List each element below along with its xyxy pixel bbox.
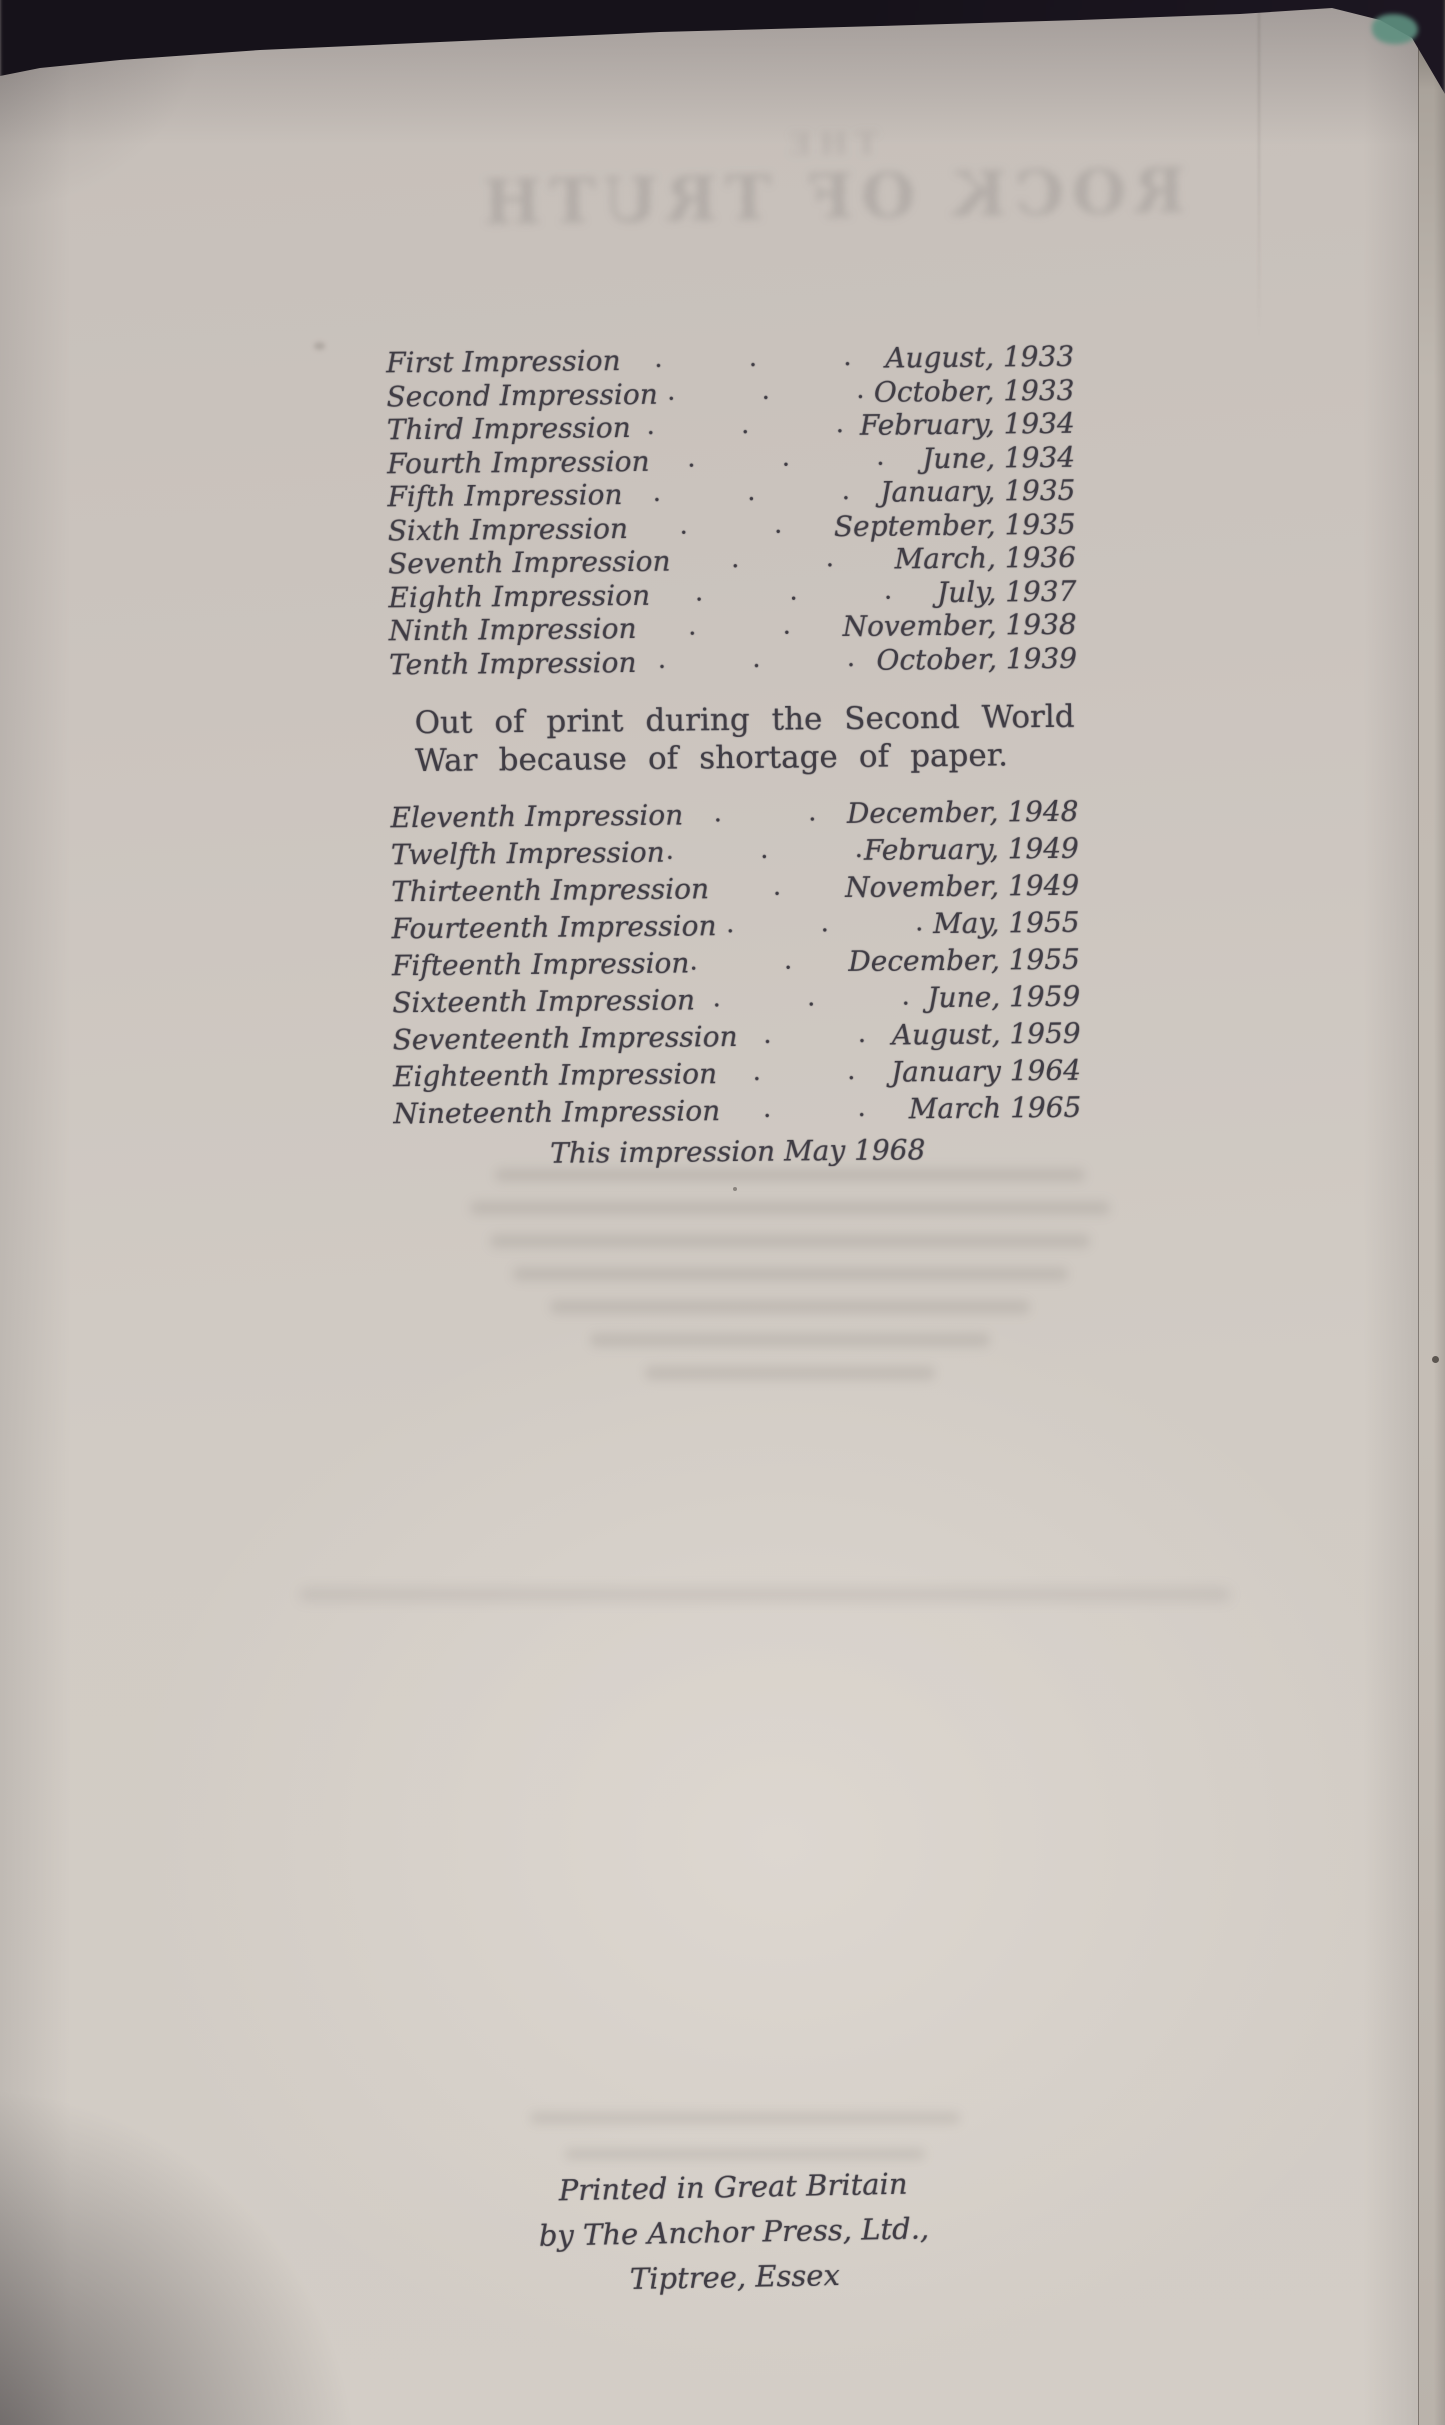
out-of-print-notice: Out of print during the Second World War… [414, 698, 1078, 780]
impression-label: Second Impression [386, 378, 658, 413]
impression-date: September, 1935 [834, 508, 1076, 543]
ghost-title-line: ROCK OF TRUTH [420, 155, 1241, 239]
leader-dots: . . . [695, 979, 928, 1016]
impression-label: Eleventh Impression [390, 797, 683, 835]
impression-date: February, 1934 [860, 408, 1075, 443]
leader-dots: . . [636, 609, 842, 643]
impression-date: December, 1955 [848, 942, 1080, 979]
impression-label: Nineteenth Impression [393, 1093, 720, 1131]
leader-dots: . . [737, 1016, 892, 1052]
dust-speck [733, 1187, 737, 1191]
page-fore-edges [1418, 0, 1445, 2425]
impression-row: Nineteenth Impression . . March 1965 [393, 1090, 1081, 1134]
leader-dots: . . . [689, 943, 848, 980]
leader-dots: . . . [622, 474, 880, 509]
ghost-text-line [565, 2148, 925, 2160]
impression-date: August, 1933 [885, 341, 1074, 375]
impressions-table-prewar: First Impression . . . August, 1933 Seco… [386, 341, 1077, 683]
ghost-text-line [530, 2112, 960, 2124]
leader-dots: . . . [650, 574, 937, 609]
impression-label: Sixteenth Impression [392, 982, 695, 1020]
dust-speck [314, 342, 325, 350]
impression-date: July, 1937 [937, 575, 1077, 609]
colophon: Printed in Great Britain by The Anchor P… [389, 2158, 1079, 2306]
current-impression-line: This impression May 1968 [394, 1131, 1082, 1174]
impression-date: August, 1959 [892, 1016, 1081, 1053]
impressions-block: First Impression . . . August, 1933 Seco… [386, 341, 1082, 1174]
impression-label: Fourteenth Impression [391, 908, 716, 946]
impression-label: Seventh Impression [388, 546, 671, 581]
impression-label: Sixth Impression [388, 513, 628, 548]
impression-date: January, 1935 [880, 475, 1076, 509]
impression-date: November, 1938 [842, 609, 1076, 644]
impressions-table-postwar: Eleventh Impression . . December, 1948 T… [390, 794, 1081, 1134]
impression-date: March, 1936 [894, 542, 1076, 576]
leader-dots: . . . [716, 905, 933, 942]
impression-label: Eighteenth Impression [393, 1056, 717, 1094]
impression-label: Eighth Impression [388, 579, 650, 614]
impression-date: October, 1933 [874, 374, 1075, 408]
impression-label: First Impression [386, 345, 621, 380]
impression-label: Tenth Impression [389, 646, 637, 681]
ghost-text-line [490, 1234, 1090, 1248]
ghost-paragraph-show-through [460, 1168, 1120, 1399]
impression-date: June, 1934 [922, 441, 1075, 475]
ghost-text-line [300, 1588, 1230, 1601]
ghost-text-line [470, 1201, 1110, 1215]
impression-date: January 1964 [891, 1053, 1081, 1090]
leader-dots: . . [628, 508, 834, 542]
leader-dots: . . . [636, 642, 876, 677]
impression-date: October, 1939 [876, 642, 1077, 676]
impression-label: Twelfth Impression [391, 835, 665, 873]
notice-line: Out of print during the Second World [414, 698, 1074, 742]
impression-label: Fifth Impression [387, 479, 622, 514]
leader-dots: . . . [631, 408, 860, 443]
leader-dots: . [709, 869, 845, 905]
impression-date: June, 1959 [927, 979, 1080, 1015]
leader-dots: . . [683, 795, 847, 832]
impression-label: Fourth Impression [387, 445, 650, 480]
impression-date: May, 1955 [933, 905, 1080, 941]
ghost-text-line [513, 1267, 1068, 1281]
notice-line: War because of shortage of paper. [415, 736, 1008, 780]
page-crease [1258, 8, 1260, 338]
leader-dots: . . . [658, 374, 874, 409]
leader-dots: . . [717, 1053, 891, 1090]
leader-dots: . . [670, 541, 894, 576]
impression-row: Tenth Impression . . . October, 1939 [389, 642, 1077, 682]
leader-dots: . . . [649, 441, 922, 476]
impression-label: Fifteenth Impression [392, 945, 690, 983]
impression-date: March 1965 [909, 1090, 1082, 1127]
impression-label: Third Impression [387, 412, 631, 447]
ghost-title-show-through: THE ROCK OF TRUTH [419, 121, 1241, 239]
ghost-text-line [550, 1300, 1030, 1314]
ghost-text-line [645, 1366, 935, 1380]
impression-date: November, 1949 [845, 868, 1079, 905]
impression-date: February, 1949 [864, 831, 1079, 868]
impression-label: Thirteenth Impression [391, 871, 709, 909]
leader-dots: . . . [665, 832, 864, 869]
dust-speck [1432, 1356, 1439, 1363]
ghost-text-line [590, 1333, 990, 1347]
leader-dots: . . . [620, 340, 885, 375]
impression-label: Ninth Impression [389, 613, 637, 648]
impression-date: December, 1948 [847, 794, 1079, 831]
cover-teal-glimpse [1372, 14, 1418, 44]
leader-dots: . . [720, 1090, 909, 1127]
photo-of-book-page: THE ROCK OF TRUTH First Impression . . .… [0, 0, 1445, 2425]
impression-label: Seventeenth Impression [393, 1019, 738, 1057]
